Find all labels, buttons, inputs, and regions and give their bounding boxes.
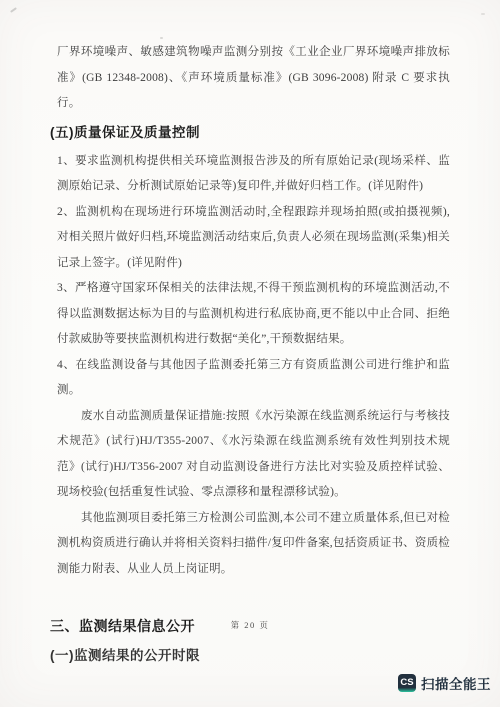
heading: (一)监测结果的公开时限 [50, 642, 450, 669]
paragraph: 厂界环境噪声、敏感建筑物噪声监测分别按《工业企业厂界环境噪声排放标准》(GB 1… [50, 40, 450, 117]
paragraph: 2、监测机构在现场进行环境监测活动时,全程跟踪并现场拍照(或拍摄视频),对相关照… [50, 200, 450, 277]
paragraph: 其他监测项目委托第三方检测公司监测,本公司不建立质量体系,但已对检测机构资质进行… [50, 506, 450, 583]
document-body: 厂界环境噪声、敏感建筑物噪声监测分别按《工业企业厂界环境噪声排放标准》(GB 1… [50, 40, 450, 669]
camscanner-brand-text: 扫描全能王 [421, 673, 491, 693]
camscanner-watermark: CS 扫描全能王 [398, 673, 491, 693]
camscanner-logo-icon: CS [398, 674, 416, 692]
paragraph: 4、在线监测设备与其他因子监测委托第三方有资质监测公司进行维护和监测。 [50, 353, 450, 404]
page-number: 第 20 页 [0, 619, 500, 631]
paragraph: 1、要求监测机构提供相关环境监测报告涉及的所有原始记录(现场采样、监测原始记录、… [50, 149, 450, 200]
paragraph: 3、严格遵守国家环保相关的法律法规,不得干预监测机构的环境监测活动,不得以监测数… [50, 276, 450, 353]
scan-artifact [481, 13, 485, 15]
scanned-document-page: 厂界环境噪声、敏感建筑物噪声监测分别按《工业企业厂界环境噪声排放标准》(GB 1… [0, 0, 500, 707]
scan-artifact [10, 7, 17, 13]
scan-artifact [160, 37, 163, 39]
paragraph: 废水自动监测质量保证措施:按照《水污染源在线监测系统运行与考核技术规范》(试行)… [50, 404, 450, 506]
heading: (五)质量保证及质量控制 [50, 119, 450, 146]
